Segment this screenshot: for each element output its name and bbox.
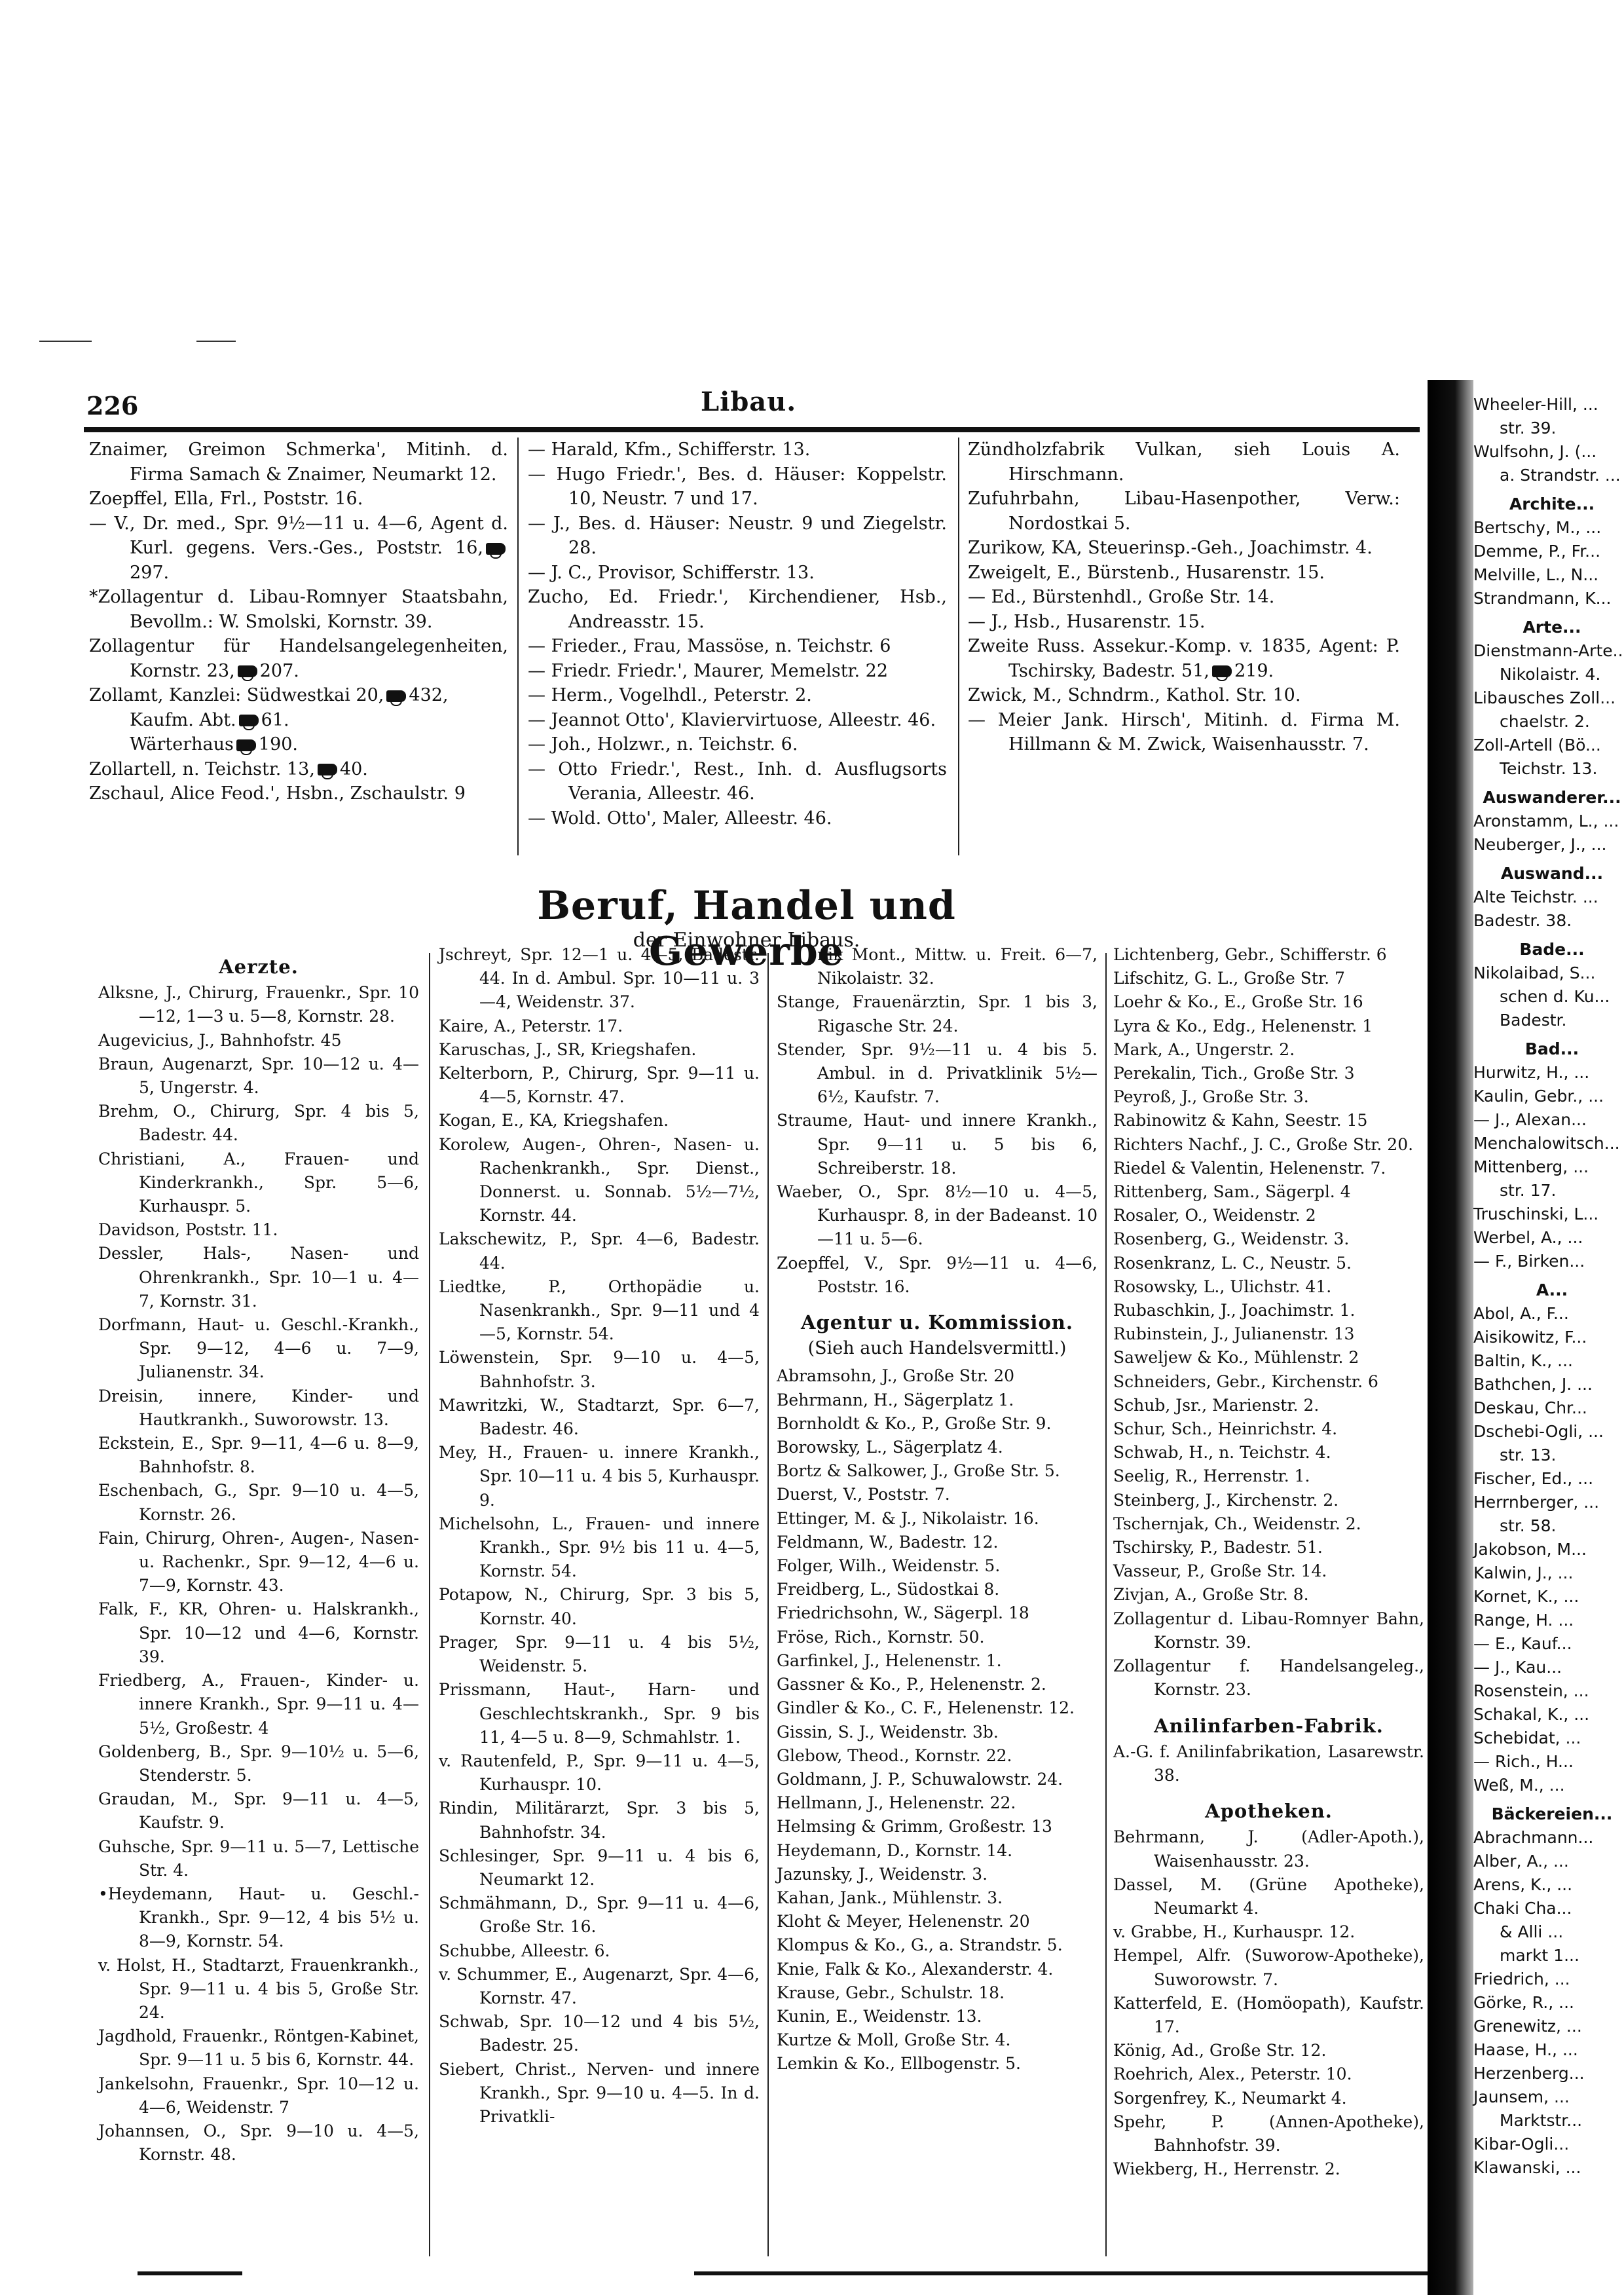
entry-text: Kogan, E., KA, Kriegshafen. <box>439 1111 669 1130</box>
entry-text: — J. C., Provisor, Schifferstr. 13. <box>528 563 815 583</box>
directory-entry: Gissin, S. J., Weidenstr. 3b. <box>777 1721 1098 1744</box>
directory-entry: A.-G. f. Anilinfabrikation, Lasarewstr. … <box>1113 1740 1424 1787</box>
directory-entry: Rosowsky, L., Ulichstr. 41. <box>1113 1275 1424 1299</box>
entry-text: Klompus & Ko., G., a. Strandstr. 5. <box>777 1935 1063 1954</box>
entry-text: Prager, Spr. 9—11 u. 4 bis 5½, Weidenstr… <box>439 1633 760 1675</box>
column-divider <box>958 438 959 855</box>
directory-entry: Davidson, Poststr. 11. <box>98 1218 419 1242</box>
directory-entry: Braun, Augenarzt, Spr. 10—12 u. 4—5, Ung… <box>98 1053 419 1100</box>
directory-entry: Prager, Spr. 9—11 u. 4 bis 5½, Weidenstr… <box>439 1631 760 1678</box>
footer-rule <box>138 2271 242 2275</box>
directory-entry: Straume, Haut- und innere Krankh., Spr. … <box>777 1109 1098 1180</box>
directory-entry: Eckstein, E., Spr. 9—11, 4—6 u. 8—9, Bah… <box>98 1432 419 1479</box>
telephone-icon <box>318 764 337 775</box>
directory-entry: Schmähmann, D., Spr. 9—11 u. 4—6, Große … <box>439 1892 760 1939</box>
entry-text: — Ed., Bürstenhdl., Große Str. 14. <box>968 587 1274 607</box>
directory-entry: Jschreyt, Spr. 12—1 u. 4—5, Badestr. 44.… <box>439 943 760 1015</box>
directory-entry: Steinberg, J., Kirchenstr. 2. <box>1113 1489 1424 1512</box>
entry-text: Schmähmann, D., Spr. 9—11 u. 4—6, Große … <box>439 1894 760 1936</box>
entry-text: Kaufm. Abt. <box>130 710 236 730</box>
directory-entry: Roehrich, Alex., Peterstr. 10. <box>1113 2062 1424 2086</box>
entry-text: Dassel, M. (Grüne Apotheke), Neumarkt 4. <box>1113 1875 1424 1918</box>
entry-text: Rosaler, O., Weidenstr. 2 <box>1113 1206 1316 1225</box>
directory-entry: Kelterborn, P., Chirurg, Spr. 9—11 u. 4—… <box>439 1062 760 1109</box>
entry-text: Kelterborn, P., Chirurg, Spr. 9—11 u. 4—… <box>439 1064 760 1106</box>
scan-artifact <box>39 341 92 342</box>
entry-text: Rittenberg, Sam., Sägerpl. 4 <box>1113 1182 1351 1201</box>
entry-text: v. Schummer, E., Augenarzt, Spr. 4—6, Ko… <box>439 1965 760 2007</box>
entry-text: Hellmann, J., Helenenstr. 22. <box>777 1793 1016 1812</box>
directory-entry: Glebow, Theod., Kornstr. 22. <box>777 1744 1098 1768</box>
directory-entry: — V., Dr. med., Spr. 9½—11 u. 4—6, Agent… <box>89 512 508 586</box>
entry-text: Rubaschkin, J., Joachimstr. 1. <box>1113 1301 1355 1320</box>
entry-text: Sorgenfrey, K., Neumarkt 4. <box>1113 2089 1347 2108</box>
page-number: 226 <box>86 391 138 420</box>
directory-entry: Löwenstein, Spr. 9—10 u. 4—5, Bahnhofstr… <box>439 1346 760 1393</box>
directory-entry: Augevicius, J., Bahnhofstr. 45 <box>98 1029 419 1053</box>
telephone-number: 432, <box>409 685 448 705</box>
directory-entry: Helmsing & Grimm, Großestr. 13 <box>777 1815 1098 1838</box>
entry-text: Rosenkranz, L. C., Neustr. 5. <box>1113 1254 1352 1273</box>
directory-entry: Korolew, Augen-, Ohren-, Nasen- u. Rache… <box>439 1133 760 1228</box>
directory-entry: Rabinowitz & Kahn, Seestr. 15 <box>1113 1109 1424 1132</box>
directory-entry: Christiani, A., Frauen- und Kinderkrankh… <box>98 1147 419 1219</box>
directory-entry: — Frieder., Frau, Massöse, n. Teichstr. … <box>528 634 947 659</box>
entry-text: Davidson, Poststr. 11. <box>98 1220 278 1239</box>
directory-entry: Zollagentur d. Libau-Romnyer Bahn, Korns… <box>1113 1607 1424 1654</box>
directory-entry: Schwab, Spr. 10—12 und 4 bis 5½, Badestr… <box>439 2010 760 2057</box>
directory-entry: Hempel, Alfr. (Suworow-Apotheke), Suworo… <box>1113 1944 1424 1991</box>
section-note: (Sieh auch Handelsvermittl.) <box>777 1337 1098 1360</box>
column-divider <box>517 438 519 855</box>
entry-text: Wärterhaus <box>130 734 234 755</box>
entry-text: — Otto Friedr.', Rest., Inh. d. Ausflugs… <box>528 759 947 804</box>
entry-text: Jagdhold, Frauenkr., Röntgen-Kabinet, Sp… <box>98 2026 419 2069</box>
directory-entry: Friedrichsohn, W., Sägerpl. 18 <box>777 1601 1098 1625</box>
category-heading: Anilinfarben-Fabrik. <box>1113 1714 1424 1738</box>
entry-text: Zucho, Ed. Friedr.', Kirchendiener, Hsb.… <box>528 587 947 632</box>
entry-text: A.-G. f. Anilinfabrikation, Lasarewstr. … <box>1113 1742 1424 1785</box>
directory-entry: Tschirsky, P., Badestr. 51. <box>1113 1536 1424 1559</box>
directory-entry: Eschenbach, G., Spr. 9—10 u. 4—5, Kornst… <box>98 1479 419 1526</box>
directory-entry: Friedberg, A., Frauen-, Kinder- u. inner… <box>98 1669 419 1740</box>
directory-entry: Freidberg, L., Südostkai 8. <box>777 1578 1098 1601</box>
entry-text: Bortz & Salkower, J., Große Str. 5. <box>777 1461 1060 1480</box>
entry-text: Augevicius, J., Bahnhofstr. 45 <box>98 1031 341 1050</box>
footer-rule <box>694 2271 1428 2275</box>
directory-entry: — Friedr. Friedr.', Maurer, Memelstr. 22 <box>528 659 947 684</box>
directory-entry: Graudan, M., Spr. 9—11 u. 4—5, Kaufstr. … <box>98 1787 419 1835</box>
directory-entry: Richters Nachf., J. C., Große Str. 20. <box>1113 1133 1424 1157</box>
entry-text: Zollagentur d. Libau-Romnyer Bahn, Korns… <box>1113 1609 1424 1652</box>
entry-text: Goldmann, J. P., Schuwalowstr. 24. <box>777 1770 1063 1789</box>
directory-entry: v. Holst, H., Stadtarzt, Frauenkrankh., … <box>98 1954 419 2025</box>
entry-text: Friedberg, A., Frauen-, Kinder- u. inner… <box>98 1671 419 1737</box>
entry-text: Stender, Spr. 9½—11 u. 4 bis 5. Ambul. i… <box>777 1040 1098 1106</box>
entry-text: Krause, Gebr., Schulstr. 18. <box>777 1983 1005 2002</box>
entry-text: Rabinowitz & Kahn, Seestr. 15 <box>1113 1111 1367 1130</box>
header-rule <box>84 427 1420 432</box>
directory-entry: König, Ad., Große Str. 12. <box>1113 2039 1424 2062</box>
directory-entry: Kurtze & Moll, Große Str. 4. <box>777 2028 1098 2052</box>
entry-text: Rindin, Militärarzt, Spr. 3 bis 5, Bahnh… <box>439 1799 760 1841</box>
entry-text: Behrmann, H., Sägerplatz 1. <box>777 1390 1014 1409</box>
column-divider <box>767 953 769 2256</box>
telephone-number: 190. <box>259 734 298 755</box>
directory-entry: Abramsohn, J., Große Str. 20 <box>777 1364 1098 1388</box>
entry-text: Waeber, O., Spr. 8½—10 u. 4—5, Kurhauspr… <box>777 1182 1098 1248</box>
directory-entry: Bornholdt & Ko., P., Große Str. 9. <box>777 1412 1098 1436</box>
directory-entry: Gassner & Ko., P., Helenenstr. 2. <box>777 1673 1098 1696</box>
column-divider <box>429 953 430 2256</box>
upper-column-1: Znaimer, Greimon Schmerka', Mitinh. d. F… <box>89 438 508 806</box>
entry-text: Schneiders, Gebr., Kirchenstr. 6 <box>1113 1372 1378 1391</box>
directory-entry: Behrmann, H., Sägerplatz 1. <box>777 1389 1098 1412</box>
directory-entry: Peyroß, J., Große Str. 3. <box>1113 1085 1424 1109</box>
directory-entry: Mark, A., Ungerstr. 2. <box>1113 1038 1424 1062</box>
entry-text: Freidberg, L., Südostkai 8. <box>777 1580 999 1599</box>
entry-text: v. Rautenfeld, P., Spr. 9—11 u. 4—5, Kur… <box>439 1751 760 1794</box>
directory-entry: — Meier Jank. Hirsch', Mitinh. d. Firma … <box>968 708 1400 757</box>
entry-text: Eckstein, E., Spr. 9—11, 4—6 u. 8—9, Bah… <box>98 1434 419 1476</box>
entry-text: Wiekberg, H., Herrenstr. 2. <box>1113 2159 1340 2178</box>
entry-text: Zivjan, A., Große Str. 8. <box>1113 1585 1309 1604</box>
directory-entry: Zollartell, n. Teichstr. 13,40. <box>89 757 508 782</box>
directory-entry: Schlesinger, Spr. 9—11 u. 4 bis 6, Neuma… <box>439 1844 760 1892</box>
directory-entry: Kunin, E., Weidenstr. 13. <box>777 2005 1098 2028</box>
telephone-icon <box>1212 665 1232 677</box>
directory-entry: Schneiders, Gebr., Kirchenstr. 6 <box>1113 1370 1424 1394</box>
entry-text: Zoepffel, Ella, Frl., Poststr. 16. <box>89 489 363 509</box>
entry-text: Zündholzfabrik Vulkan, sieh Louis A. Hir… <box>968 439 1400 485</box>
directory-entry: Borowsky, L., Sägerplatz 4. <box>777 1436 1098 1459</box>
entry-text: v. Holst, H., Stadtarzt, Frauenkrankh., … <box>98 1956 419 2022</box>
entry-text: Bornholdt & Ko., P., Große Str. 9. <box>777 1414 1051 1433</box>
entry-text: Richters Nachf., J. C., Große Str. 20. <box>1113 1135 1413 1154</box>
directory-entry: — J. C., Provisor, Schifferstr. 13. <box>528 561 947 586</box>
entry-text: Abramsohn, J., Große Str. 20 <box>777 1366 1014 1385</box>
directory-entry: Falk, F., KR, Ohren- u. Halskrankh., Spr… <box>98 1597 419 1669</box>
directory-entry: — Jeannot Otto', Klaviervirtuose, Allees… <box>528 708 947 733</box>
entry-text: Borowsky, L., Sägerplatz 4. <box>777 1438 1003 1457</box>
entry-text: — Friedr. Friedr.', Maurer, Memelstr. 22 <box>528 661 888 681</box>
entry-text: Saweljew & Ko., Mühlenstr. 2 <box>1113 1348 1359 1367</box>
directory-entry: Zweite Russ. Assekur.-Komp. v. 1835, Age… <box>968 634 1400 683</box>
entry-text: Karuschas, J., SR, Kriegshafen. <box>439 1040 696 1059</box>
entry-text: Graudan, M., Spr. 9—11 u. 4—5, Kaufstr. … <box>98 1789 419 1832</box>
telephone-number: 219. <box>1234 661 1274 681</box>
entry-text: Kloht & Meyer, Helenenstr. 20 <box>777 1912 1030 1931</box>
entry-text: Loehr & Ko., E., Große Str. 16 <box>1113 992 1363 1011</box>
directory-entry: — Herm., Vogelhdl., Peterstr. 2. <box>528 683 947 708</box>
directory-entry: *Zollagentur d. Libau-Romnyer Staatsbahn… <box>89 585 508 634</box>
entry-text: Feldmann, W., Badestr. 12. <box>777 1533 998 1552</box>
column-divider <box>1105 953 1107 2256</box>
directory-entry: Loehr & Ko., E., Große Str. 16 <box>1113 990 1424 1014</box>
directory-entry: Karuschas, J., SR, Kriegshafen. <box>439 1038 760 1062</box>
entry-text: Schur, Sch., Heinrichstr. 4. <box>1113 1419 1337 1438</box>
entry-text: Lemkin & Ko., Ellbogenstr. 5. <box>777 2054 1021 2073</box>
entry-text: — Meier Jank. Hirsch', Mitinh. d. Firma … <box>968 710 1400 755</box>
entry-text: Ettinger, M. & J., Nikolaistr. 16. <box>777 1509 1039 1528</box>
entry-text: Lifschitz, G. L., Große Str. 7 <box>1113 969 1345 988</box>
entry-text: Fain, Chirurg, Ohren-, Augen-, Nasen- u.… <box>98 1529 419 1595</box>
directory-entry: Klompus & Ko., G., a. Strandstr. 5. <box>777 1933 1098 1957</box>
entry-text: Johannsen, O., Spr. 9—10 u. 4—5, Kornstr… <box>98 2121 419 2164</box>
entry-text: Kaire, A., Peterstr. 17. <box>439 1017 623 1036</box>
telephone-number: 207. <box>260 661 299 681</box>
entry-text: Goldenberg, B., Spr. 9—10½ u. 5—6, Stend… <box>98 1742 419 1785</box>
directory-entry: Potapow, N., Chirurg, Spr. 3 bis 5, Korn… <box>439 1583 760 1630</box>
entry-text: Löwenstein, Spr. 9—10 u. 4—5, Bahnhofstr… <box>439 1348 760 1390</box>
directory-entry: Riedel & Valentin, Helenenstr. 7. <box>1113 1157 1424 1180</box>
entry-text: Spehr, P. (Annen-Apotheke), Bahnhofstr. … <box>1113 2112 1424 2155</box>
entry-text: Perekalin, Tich., Große Str. 3 <box>1113 1064 1354 1083</box>
directory-entry: Prissmann, Haut-, Harn- und Geschlechtsk… <box>439 1678 760 1749</box>
entry-text: Helmsing & Grimm, Großestr. 13 <box>777 1817 1052 1836</box>
directory-entry: Rittenberg, Sam., Sägerpl. 4 <box>1113 1180 1424 1204</box>
entry-text: — V., Dr. med., Spr. 9½—11 u. 4—6, Agent… <box>89 513 508 559</box>
directory-entry: Folger, Wilh., Weidenstr. 5. <box>777 1554 1098 1578</box>
entry-text: Zollagentur f. Handelsangeleg., Kornstr.… <box>1113 1656 1424 1699</box>
entry-text: — Jeannot Otto', Klaviervirtuose, Allees… <box>528 710 936 730</box>
lower-column-4: Lichtenberg, Gebr., Schifferstr. 6Lifsch… <box>1113 943 1424 2181</box>
directory-entry: Zündholzfabrik Vulkan, sieh Louis A. Hir… <box>968 438 1400 487</box>
entry-text: Steinberg, J., Kirchenstr. 2. <box>1113 1491 1338 1510</box>
directory-entry: Lyra & Ko., Edg., Helenenstr. 1 <box>1113 1015 1424 1038</box>
entry-text: •Heydemann, Haut- u. Geschl.-Krankh., Sp… <box>98 1884 419 1950</box>
directory-entry: Liedtke, P., Orthopädie u. Nasenkrankh.,… <box>439 1275 760 1347</box>
entry-text: — Joh., Holzwr., n. Teichstr. 6. <box>528 734 798 755</box>
directory-entry: Alksne, J., Chirurg, Frauenkr., Spr. 10—… <box>98 981 419 1028</box>
category-heading: Apotheken. <box>1113 1799 1424 1823</box>
entry-text: Peyroß, J., Große Str. 3. <box>1113 1087 1309 1106</box>
directory-entry: Heydemann, D., Kornstr. 14. <box>777 1839 1098 1863</box>
entry-text: Dreisin, innere, Kinder- und Hautkrankh.… <box>98 1387 419 1429</box>
entry-text: Jazunsky, J., Weidenstr. 3. <box>777 1865 987 1884</box>
entry-text: Gassner & Ko., P., Helenenstr. 2. <box>777 1675 1046 1694</box>
entry-text: Tschirsky, P., Badestr. 51. <box>1113 1538 1323 1557</box>
entry-text: Stange, Frauenärztin, Spr. 1 bis 3, Riga… <box>777 992 1098 1035</box>
entry-text: Michelsohn, L., Frauen- und innere Krank… <box>439 1514 760 1580</box>
upper-column-2: — Harald, Kfm., Schifferstr. 13.— Hugo F… <box>528 438 947 830</box>
telephone-icon <box>239 715 259 726</box>
directory-entry: Znaimer, Greimon Schmerka', Mitinh. d. F… <box>89 438 508 487</box>
entry-text: Rosenberg, G., Weidenstr. 3. <box>1113 1229 1349 1248</box>
entry-text: v. Grabbe, H., Kurhauspr. 12. <box>1113 1922 1355 1941</box>
telephone-number: 297. <box>130 563 169 583</box>
directory-entry: Kaufm. Abt.61. <box>89 708 508 733</box>
entry-text: — J., Bes. d. Häuser: Neustr. 9 und Zieg… <box>528 513 947 559</box>
entry-text: Rosowsky, L., Ulichstr. 41. <box>1113 1277 1331 1296</box>
entry-text: Zollartell, n. Teichstr. 13, <box>89 759 315 779</box>
telephone-number: 40. <box>340 759 368 779</box>
entry-text: nik Mont., Mittw. u. Freit. 6—7, Nikolai… <box>817 945 1098 988</box>
entry-text: Jankelsohn, Frauenkr., Spr. 10—12 u. 4—6… <box>98 2074 419 2117</box>
directory-entry: Goldenberg, B., Spr. 9—10½ u. 5—6, Stend… <box>98 1740 419 1787</box>
directory-entry: Krause, Gebr., Schulstr. 18. <box>777 1981 1098 2005</box>
entry-text: Dessler, Hals-, Nasen- und Ohrenkrankh.,… <box>98 1244 419 1310</box>
directory-entry: Behrmann, J. (Adler-Apoth.), Waisenhauss… <box>1113 1825 1424 1873</box>
entry-text: Zollamt, Kanzlei: Südwestkai 20, <box>89 685 384 705</box>
entry-text: Duerst, V., Poststr. 7. <box>777 1485 950 1504</box>
entry-text: Lakschewitz, P., Spr. 4—6, Badestr. 44. <box>439 1229 760 1272</box>
directory-entry: Zollagentur f. Handelsangeleg., Kornstr.… <box>1113 1654 1424 1702</box>
directory-entry: Kloht & Meyer, Helenenstr. 20 <box>777 1910 1098 1933</box>
directory-entry: Garfinkel, J., Helenenstr. 1. <box>777 1649 1098 1673</box>
directory-entry: — Harald, Kfm., Schifferstr. 13. <box>528 438 947 462</box>
page-gutter-shadow <box>1428 380 1473 2295</box>
directory-entry: Saweljew & Ko., Mühlenstr. 2 <box>1113 1346 1424 1370</box>
entry-text: *Zollagentur d. Libau-Romnyer Staatsbahn… <box>89 587 508 632</box>
category-heading: Agentur u. Kommission. <box>777 1311 1098 1334</box>
directory-entry: Seelig, R., Herrenstr. 1. <box>1113 1465 1424 1488</box>
directory-entry: Rubaschkin, J., Joachimstr. 1. <box>1113 1299 1424 1322</box>
telephone-icon <box>486 543 506 555</box>
entry-text: Gindler & Ko., C. F., Helenenstr. 12. <box>777 1698 1075 1717</box>
directory-entry: Schur, Sch., Heinrichstr. 4. <box>1113 1417 1424 1441</box>
directory-entry: — Otto Friedr.', Rest., Inh. d. Ausflugs… <box>528 757 947 806</box>
entry-text: Kurtze & Moll, Große Str. 4. <box>777 2030 1010 2049</box>
entry-text: Zschaul, Alice Feod.', Hsbn., Zschaulstr… <box>89 783 466 804</box>
directory-entry: — J., Hsb., Husarenstr. 15. <box>968 610 1400 635</box>
entry-text: Braun, Augenarzt, Spr. 10—12 u. 4—5, Ung… <box>98 1054 419 1097</box>
entry-text: — Harald, Kfm., Schifferstr. 13. <box>528 439 810 460</box>
scan-artifact <box>196 341 236 342</box>
entry-text: Falk, F., KR, Ohren- u. Halskrankh., Spr… <box>98 1599 419 1666</box>
entry-text: Heydemann, D., Kornstr. 14. <box>777 1841 1012 1860</box>
directory-entry: Gindler & Ko., C. F., Helenenstr. 12. <box>777 1696 1098 1720</box>
entry-text: Alksne, J., Chirurg, Frauenkr., Spr. 10—… <box>98 983 419 1026</box>
entry-text: Prissmann, Haut-, Harn- und Geschlechtsk… <box>439 1680 760 1746</box>
directory-entry: Rosaler, O., Weidenstr. 2 <box>1113 1204 1424 1227</box>
directory-entry: Dorfmann, Haut- u. Geschl.-Krankh., Spr.… <box>98 1313 419 1385</box>
entry-text: Zurikow, KA, Steuerinsp.-Geh., Joachimst… <box>968 538 1373 558</box>
directory-entry: Stender, Spr. 9½—11 u. 4 bis 5. Ambul. i… <box>777 1038 1098 1110</box>
directory-entry: Vasseur, P., Große Str. 14. <box>1113 1559 1424 1583</box>
entry-text: Schub, Jsr., Marienstr. 2. <box>1113 1396 1319 1415</box>
directory-entry: Rosenberg, G., Weidenstr. 3. <box>1113 1227 1424 1251</box>
directory-entry: Kaire, A., Peterstr. 17. <box>439 1015 760 1038</box>
entry-text: Riedel & Valentin, Helenenstr. 7. <box>1113 1159 1386 1178</box>
telephone-number: 61. <box>261 710 289 730</box>
entry-text: Lyra & Ko., Edg., Helenenstr. 1 <box>1113 1017 1373 1036</box>
entry-text: Schlesinger, Spr. 9—11 u. 4 bis 6, Neuma… <box>439 1846 760 1889</box>
directory-entry: Siebert, Christ., Nerven- und innere Kra… <box>439 2058 760 2129</box>
directory-entry: Katterfeld, E. (Homöopath), Kaufstr. 17. <box>1113 1992 1424 2039</box>
directory-entry: Waeber, O., Spr. 8½—10 u. 4—5, Kurhauspr… <box>777 1180 1098 1252</box>
lower-column-aerzte: Aerzte.Alksne, J., Chirurg, Frauenkr., S… <box>98 943 419 2167</box>
directory-entry: Hellmann, J., Helenenstr. 22. <box>777 1791 1098 1815</box>
directory-entry: Fain, Chirurg, Ohren-, Augen-, Nasen- u.… <box>98 1527 419 1598</box>
entry-text: Zwick, M., Schndrm., Kathol. Str. 10. <box>968 685 1301 705</box>
entry-text: Fröse, Rich., Kornstr. 50. <box>777 1628 984 1647</box>
directory-entry: Rosenkranz, L. C., Neustr. 5. <box>1113 1252 1424 1275</box>
entry-text: Garfinkel, J., Helenenstr. 1. <box>777 1651 1002 1670</box>
directory-entry: Mey, H., Frauen- u. innere Krankh., Spr.… <box>439 1441 760 1512</box>
directory-entry: Guhsche, Spr. 9—11 u. 5—7, Lettische Str… <box>98 1835 419 1882</box>
directory-entry: Schub, Jsr., Marienstr. 2. <box>1113 1394 1424 1417</box>
directory-entry: Feldmann, W., Badestr. 12. <box>777 1531 1098 1554</box>
entry-text: Behrmann, J. (Adler-Apoth.), Waisenhauss… <box>1113 1827 1424 1870</box>
directory-entry: Lichtenberg, Gebr., Schifferstr. 6 <box>1113 943 1424 967</box>
entry-text: Mark, A., Ungerstr. 2. <box>1113 1040 1295 1059</box>
directory-entry: Michelsohn, L., Frauen- und innere Krank… <box>439 1512 760 1584</box>
entry-text: Brehm, O., Chirurg, Spr. 4 bis 5, Badest… <box>98 1102 419 1144</box>
directory-entry: Perekalin, Tich., Große Str. 3 <box>1113 1062 1424 1085</box>
directory-entry: Zufuhrbahn, Libau-Hasenpother, Verw.: No… <box>968 487 1400 536</box>
directory-entry: Lemkin & Ko., Ellbogenstr. 5. <box>777 2052 1098 2076</box>
directory-entry: — Hugo Friedr.', Bes. d. Häuser: Koppels… <box>528 462 947 512</box>
directory-entry: Dreisin, innere, Kinder- und Hautkrankh.… <box>98 1385 419 1432</box>
entry-text: Liedtke, P., Orthopädie u. Nasenkrankh.,… <box>439 1277 760 1343</box>
entry-text: Kunin, E., Weidenstr. 13. <box>777 2007 982 2026</box>
telephone-icon <box>236 739 256 751</box>
entry-text: Kahan, Jank., Mühlenstr. 3. <box>777 1888 1003 1907</box>
entry-text: Tschernjak, Ch., Weidenstr. 2. <box>1113 1514 1361 1533</box>
directory-entry: Kogan, E., KA, Kriegshafen. <box>439 1109 760 1132</box>
entry-text: Hempel, Alfr. (Suworow-Apotheke), Suworo… <box>1113 1946 1424 1988</box>
entry-text: Potapow, N., Chirurg, Spr. 3 bis 5, Korn… <box>439 1585 760 1628</box>
directory-entry: Mawritzki, W., Stadtarzt, Spr. 6—7, Bade… <box>439 1394 760 1441</box>
directory-entry: Zweigelt, E., Bürstenb., Husarenstr. 15. <box>968 561 1400 586</box>
entry-text: Straume, Haut- und innere Krankh., Spr. … <box>777 1111 1098 1177</box>
directory-entry: Bortz & Salkower, J., Große Str. 5. <box>777 1459 1098 1483</box>
entry-text: Korolew, Augen-, Ohren-, Nasen- u. Rache… <box>439 1135 760 1225</box>
directory-entry: Knie, Falk & Ko., Alexanderstr. 4. <box>777 1958 1098 1981</box>
directory-entry: Spehr, P. (Annen-Apotheke), Bahnhofstr. … <box>1113 2110 1424 2157</box>
entry-text: Schwab, H., n. Teichstr. 4. <box>1113 1443 1331 1462</box>
directory-entry: Schubbe, Alleestr. 6. <box>439 1939 760 1963</box>
directory-entry: Sorgenfrey, K., Neumarkt 4. <box>1113 2087 1424 2110</box>
directory-entry: Kahan, Jank., Mühlenstr. 3. <box>777 1886 1098 1910</box>
directory-entry: v. Schummer, E., Augenarzt, Spr. 4—6, Ko… <box>439 1963 760 2010</box>
entry-text: Gissin, S. J., Weidenstr. 3b. <box>777 1723 999 1742</box>
directory-entry: Brehm, O., Chirurg, Spr. 4 bis 5, Badest… <box>98 1100 419 1147</box>
directory-entry: Rindin, Militärarzt, Spr. 3 bis 5, Bahnh… <box>439 1797 760 1844</box>
entry-text: König, Ad., Große Str. 12. <box>1113 2041 1326 2060</box>
directory-entry: Fröse, Rich., Kornstr. 50. <box>777 1626 1098 1649</box>
directory-entry: Zollamt, Kanzlei: Südwestkai 20,432, <box>89 683 508 708</box>
entry-text: Katterfeld, E. (Homöopath), Kaufstr. 17. <box>1113 1994 1424 2036</box>
directory-entry: Goldmann, J. P., Schuwalowstr. 24. <box>777 1768 1098 1791</box>
lower-column-2: Jschreyt, Spr. 12—1 u. 4—5, Badestr. 44.… <box>439 943 760 2129</box>
entry-text: Znaimer, Greimon Schmerka', Mitinh. d. F… <box>89 439 508 485</box>
entry-text: Knie, Falk & Ko., Alexanderstr. 4. <box>777 1960 1053 1979</box>
directory-entry: Wärterhaus190. <box>89 732 508 757</box>
entry-text: Zweite Russ. Assekur.-Komp. v. 1835, Age… <box>968 636 1400 681</box>
directory-entry: — Ed., Bürstenhdl., Große Str. 14. <box>968 585 1400 610</box>
directory-entry: Zschaul, Alice Feod.', Hsbn., Zschaulstr… <box>89 781 508 806</box>
directory-entry: Dessler, Hals-, Nasen- und Ohrenkrankh.,… <box>98 1242 419 1313</box>
entry-text: — J., Hsb., Husarenstr. 15. <box>968 612 1205 632</box>
directory-entry: Zwick, M., Schndrm., Kathol. Str. 10. <box>968 683 1400 708</box>
directory-entry: Schwab, H., n. Teichstr. 4. <box>1113 1441 1424 1465</box>
entry-text: Zoepffel, V., Spr. 9½—11 u. 4—6, Poststr… <box>777 1254 1098 1296</box>
entry-text: Glebow, Theod., Kornstr. 22. <box>777 1746 1012 1765</box>
entry-text: Jschreyt, Spr. 12—1 u. 4—5, Badestr. 44.… <box>439 945 760 1011</box>
directory-entry: Rubinstein, J., Julianenstr. 13 <box>1113 1322 1424 1346</box>
entry-text: Folger, Wilh., Weidenstr. 5. <box>777 1556 1000 1575</box>
directory-entry: — Wold. Otto', Maler, Alleestr. 46. <box>528 806 947 831</box>
directory-entry: Zurikow, KA, Steuerinsp.-Geh., Joachimst… <box>968 536 1400 561</box>
directory-entry: Ettinger, M. & J., Nikolaistr. 16. <box>777 1507 1098 1531</box>
directory-entry: Jagdhold, Frauenkr., Röntgen-Kabinet, Sp… <box>98 2024 419 2072</box>
upper-column-3: Zündholzfabrik Vulkan, sieh Louis A. Hir… <box>968 438 1400 757</box>
directory-entry: v. Rautenfeld, P., Spr. 9—11 u. 4—5, Kur… <box>439 1749 760 1797</box>
directory-entry: Jankelsohn, Frauenkr., Spr. 10—12 u. 4—6… <box>98 2072 419 2119</box>
directory-entry: Stange, Frauenärztin, Spr. 1 bis 3, Riga… <box>777 990 1098 1037</box>
